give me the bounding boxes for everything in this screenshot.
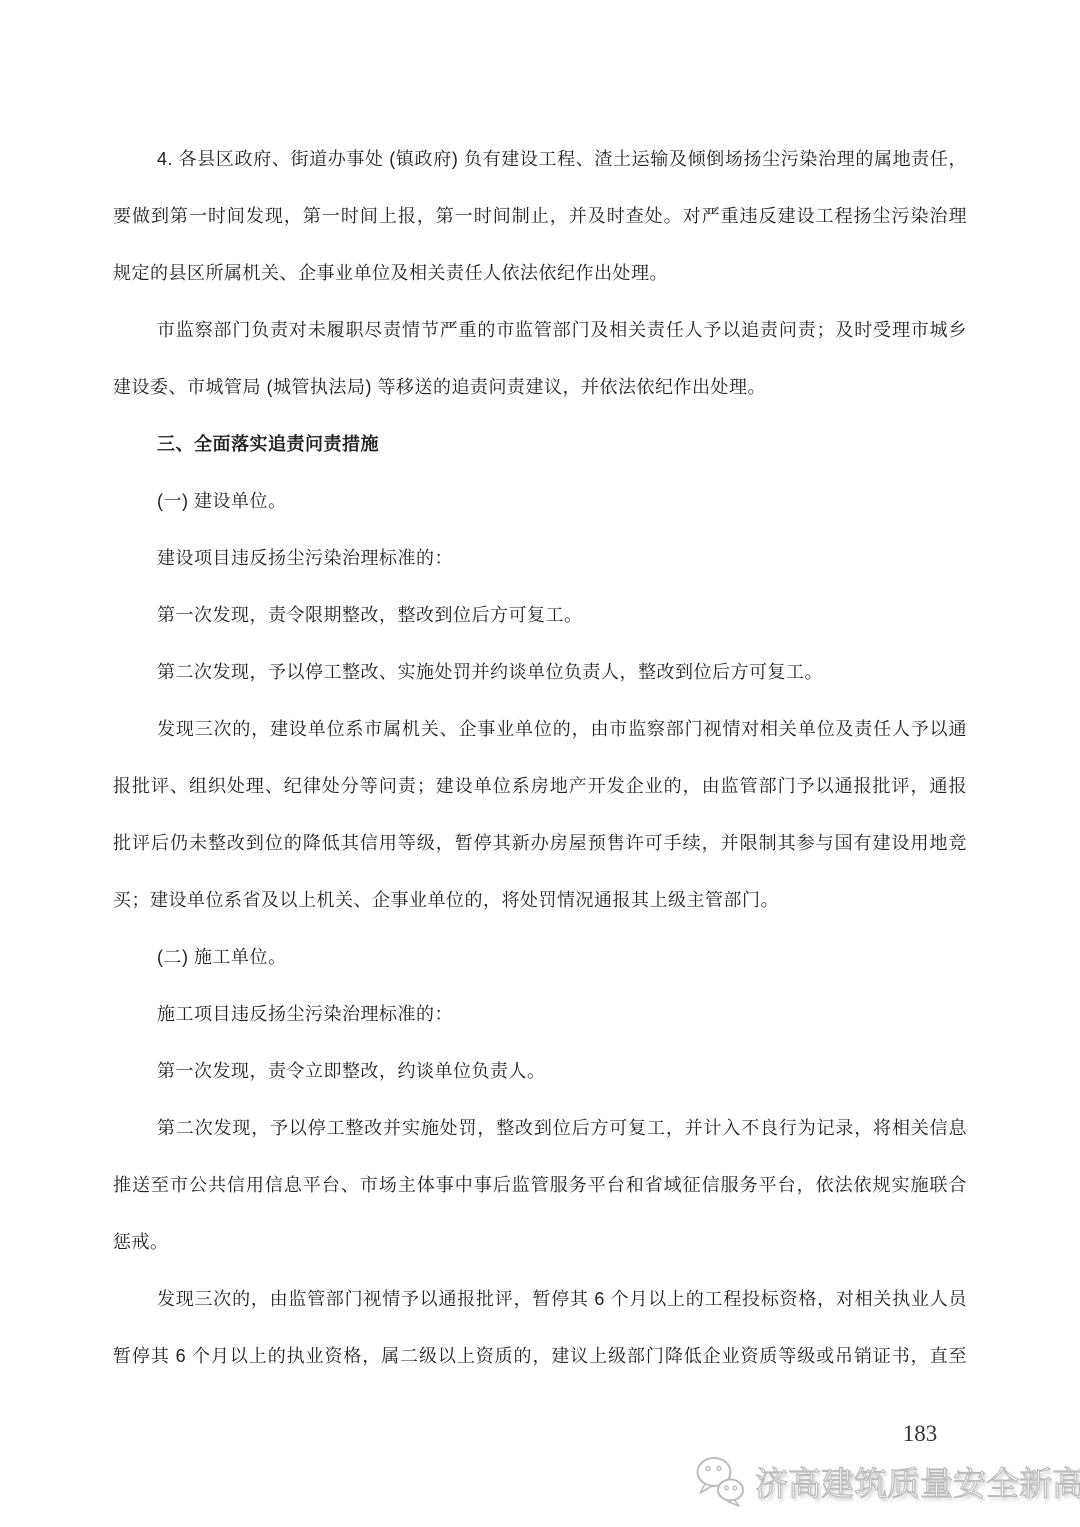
text-line: 第二次发现，予以停工整改并实施处罚，整改到位后方可复工，并计入不良行为记录，将相…	[113, 1100, 967, 1157]
text-line: 惩戒。	[113, 1214, 967, 1271]
text-line: 要做到第一时间发现，第一时间上报，第一时间制止，并及时查处。对严重违反建设工程扬…	[113, 188, 967, 245]
text-line: (一) 建设单位。	[113, 473, 967, 530]
text-line: 市监察部门负责对未履职尽责情节严重的市监管部门及相关责任人予以追责问责；及时受理…	[113, 302, 967, 359]
text-line: 批评后仍未整改到位的降低其信用等级，暂停其新办房屋预售许可手续，并限制其参与国有…	[113, 815, 967, 872]
document-page: 4. 各县区政府、街道办事处 (镇政府) 负有建设工程、渣土运输及倾倒场扬尘污染…	[0, 0, 1080, 1527]
text-line: 买；建设单位系省及以上机关、企事业单位的，将处罚情况通报其上级主管部门。	[113, 872, 967, 929]
text-line: 第一次发现，责令限期整改，整改到位后方可复工。	[113, 587, 967, 644]
text-line: 发现三次的，由监管部门视情予以通报批评，暂停其 6 个月以上的工程投标资格，对相…	[113, 1271, 967, 1328]
text-line: (二) 施工单位。	[113, 929, 967, 986]
text-line: 施工项目违反扬尘污染治理标准的：	[113, 986, 967, 1043]
text-line: 发现三次的，建设单位系市属机关、企事业单位的，由市监察部门视情对相关单位及责任人…	[113, 701, 967, 758]
text-line: 建设委、市城管局 (城管执法局) 等移送的追责问责建议，并依法依纪作出处理。	[113, 359, 967, 416]
section-heading: 三、全面落实追责问责措施	[113, 416, 967, 473]
text-line: 4. 各县区政府、街道办事处 (镇政府) 负有建设工程、渣土运输及倾倒场扬尘污染…	[113, 131, 967, 188]
wechat-icon	[695, 1455, 745, 1507]
page-number: 183	[880, 1421, 960, 1447]
text-line: 规定的县区所属机关、企事业单位及相关责任人依法依纪作出处理。	[113, 245, 967, 302]
watermark-text: 济高建筑质量安全新高地	[755, 1458, 1080, 1505]
text-line: 建设项目违反扬尘污染治理标准的：	[113, 530, 967, 587]
text-line: 报批评、组织处理、纪律处分等问责；建设单位系房地产开发企业的，由监管部门予以通报…	[113, 758, 967, 815]
text-line: 第一次发现，责令立即整改，约谈单位负责人。	[113, 1043, 967, 1100]
text-line: 推送至市公共信用信息平台、市场主体事中事后监管服务平台和省域征信服务平台，依法依…	[113, 1157, 967, 1214]
document-body: 4. 各县区政府、街道办事处 (镇政府) 负有建设工程、渣土运输及倾倒场扬尘污染…	[113, 131, 967, 1385]
watermark: 济高建筑质量安全新高地	[695, 1450, 1080, 1512]
text-line: 暂停其 6 个月以上的执业资格，属二级以上资质的，建议上级部门降低企业资质等级或…	[113, 1328, 967, 1385]
text-line: 第二次发现，予以停工整改、实施处罚并约谈单位负责人，整改到位后方可复工。	[113, 644, 967, 701]
